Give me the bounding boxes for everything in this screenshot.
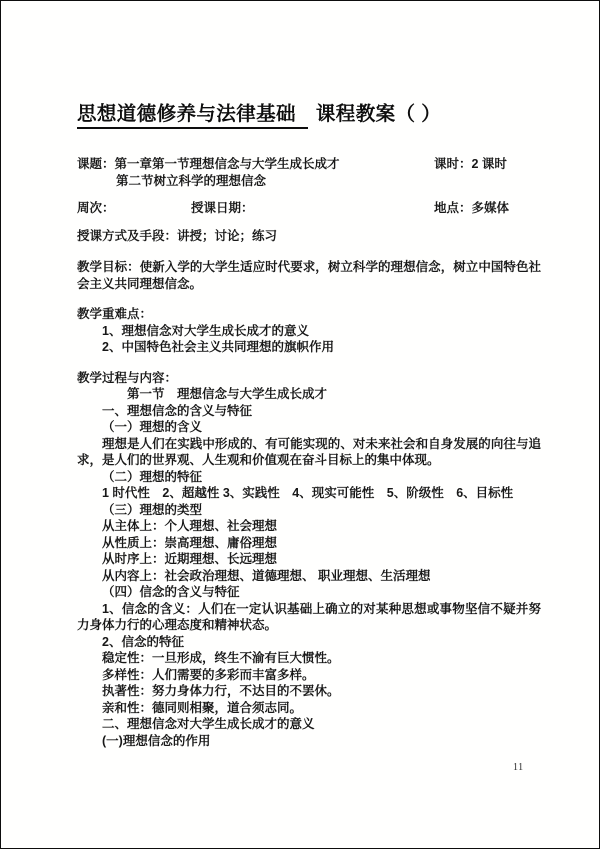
content-line: 二、理想信念对大学生成长成才的意义 — [77, 716, 541, 733]
content-line: 2、信念的特征 — [77, 634, 541, 651]
topic-line-2: 第二节树立科学的理想信念 — [77, 173, 541, 190]
content-line: 第一节 理想信念与大学生成长成才 — [77, 386, 541, 403]
method-line: 授课方式及手段：讲授；讨论；练习 — [77, 228, 541, 245]
content-line: 一、理想信念的含义与特征 — [77, 403, 541, 420]
content-line: 多样性：人们需要的多彩而丰富多样。 — [77, 667, 541, 684]
week-label: 周次： — [77, 201, 115, 215]
content-line: （二）理想的特征 — [77, 469, 541, 486]
content-line: 1、理想信念对大学生成长成才的意义 — [77, 323, 541, 340]
schedule-line: 周次： 授课日期： 地点：多媒体 — [77, 200, 541, 217]
content-line: 2、中国特色社会主义共同理想的旗帜作用 — [77, 339, 541, 356]
content-line: （四）信念的含义与特征 — [77, 584, 541, 601]
page-content: 思想道德修养与法律基础课程教案（ ） 课题：第一章第一节理想信念与大学生成长成才… — [1, 1, 599, 749]
title-suffix: 课程教案（ ） — [316, 103, 441, 125]
section-key-points: 教学重难点：1、理想信念对大学生成长成才的意义2、中国特色社会主义共同理想的旗帜… — [77, 306, 541, 356]
section-process-content: 教学过程与内容：第一节 理想信念与大学生成长成才一、理想信念的含义与特征（一）理… — [77, 370, 541, 750]
content-line: 理想是人们在实践中形成的、有可能实现的、对未来社会和自身发展的向往与追求，是人们… — [77, 436, 541, 469]
content-line: 从内容上：社会政治理想、道德理想、 职业理想、生活理想 — [77, 568, 541, 585]
content-line: （一）理想的含义 — [77, 419, 541, 436]
content-line: 执著性：努力身体力行，不达目的不罢休。 — [77, 683, 541, 700]
objective-paragraph: 教学目标：使新入学的大学生适应时代要求，树立科学的理想信念，树立中国特色社会主义… — [77, 259, 541, 292]
content-line: （三）理想的类型 — [77, 502, 541, 519]
topic-text: 课题：第一章第一节理想信念与大学生成长成才 — [77, 157, 340, 171]
content-line: 从时序上：近期理想、长远理想 — [77, 551, 541, 568]
content-line: 亲和性：德同则相聚，道合须志同。 — [77, 700, 541, 717]
content-line: (一)理想信念的作用 — [77, 733, 541, 750]
content-line: 稳定性：一旦形成，终生不渝有巨大惯性。 — [77, 650, 541, 667]
title-course-name: 思想道德修养与法律基础 — [77, 103, 308, 129]
date-label: 授课日期： — [191, 200, 254, 217]
content-line: 从主体上：个人理想、社会理想 — [77, 518, 541, 535]
location-label: 地点：多媒体 — [434, 200, 509, 217]
page-title: 思想道德修养与法律基础课程教案（ ） — [77, 98, 541, 126]
topic-line: 课题：第一章第一节理想信念与大学生成长成才 课时：2 课时 — [77, 156, 541, 173]
document-page: 思想道德修养与法律基础课程教案（ ） 课题：第一章第一节理想信念与大学生成长成才… — [0, 0, 600, 849]
content-line: 1、信念的含义：人们在一定认识基础上确立的对某种思想或事物坚信不疑并努力身体力行… — [77, 601, 541, 634]
page-number: 11 — [513, 762, 524, 773]
lesson-body: 教学重难点：1、理想信念对大学生成长成才的意义2、中国特色社会主义共同理想的旗帜… — [77, 306, 541, 749]
content-line: 教学过程与内容： — [77, 370, 541, 387]
class-hours: 课时：2 课时 — [434, 156, 507, 173]
content-line: 从性质上：崇高理想、庸俗理想 — [77, 535, 541, 552]
content-line: 教学重难点： — [77, 306, 541, 323]
content-line: 1 时代性 2、超越性 3、实践性 4、现实可能性 5、阶级性 6、目标性 — [77, 485, 541, 502]
